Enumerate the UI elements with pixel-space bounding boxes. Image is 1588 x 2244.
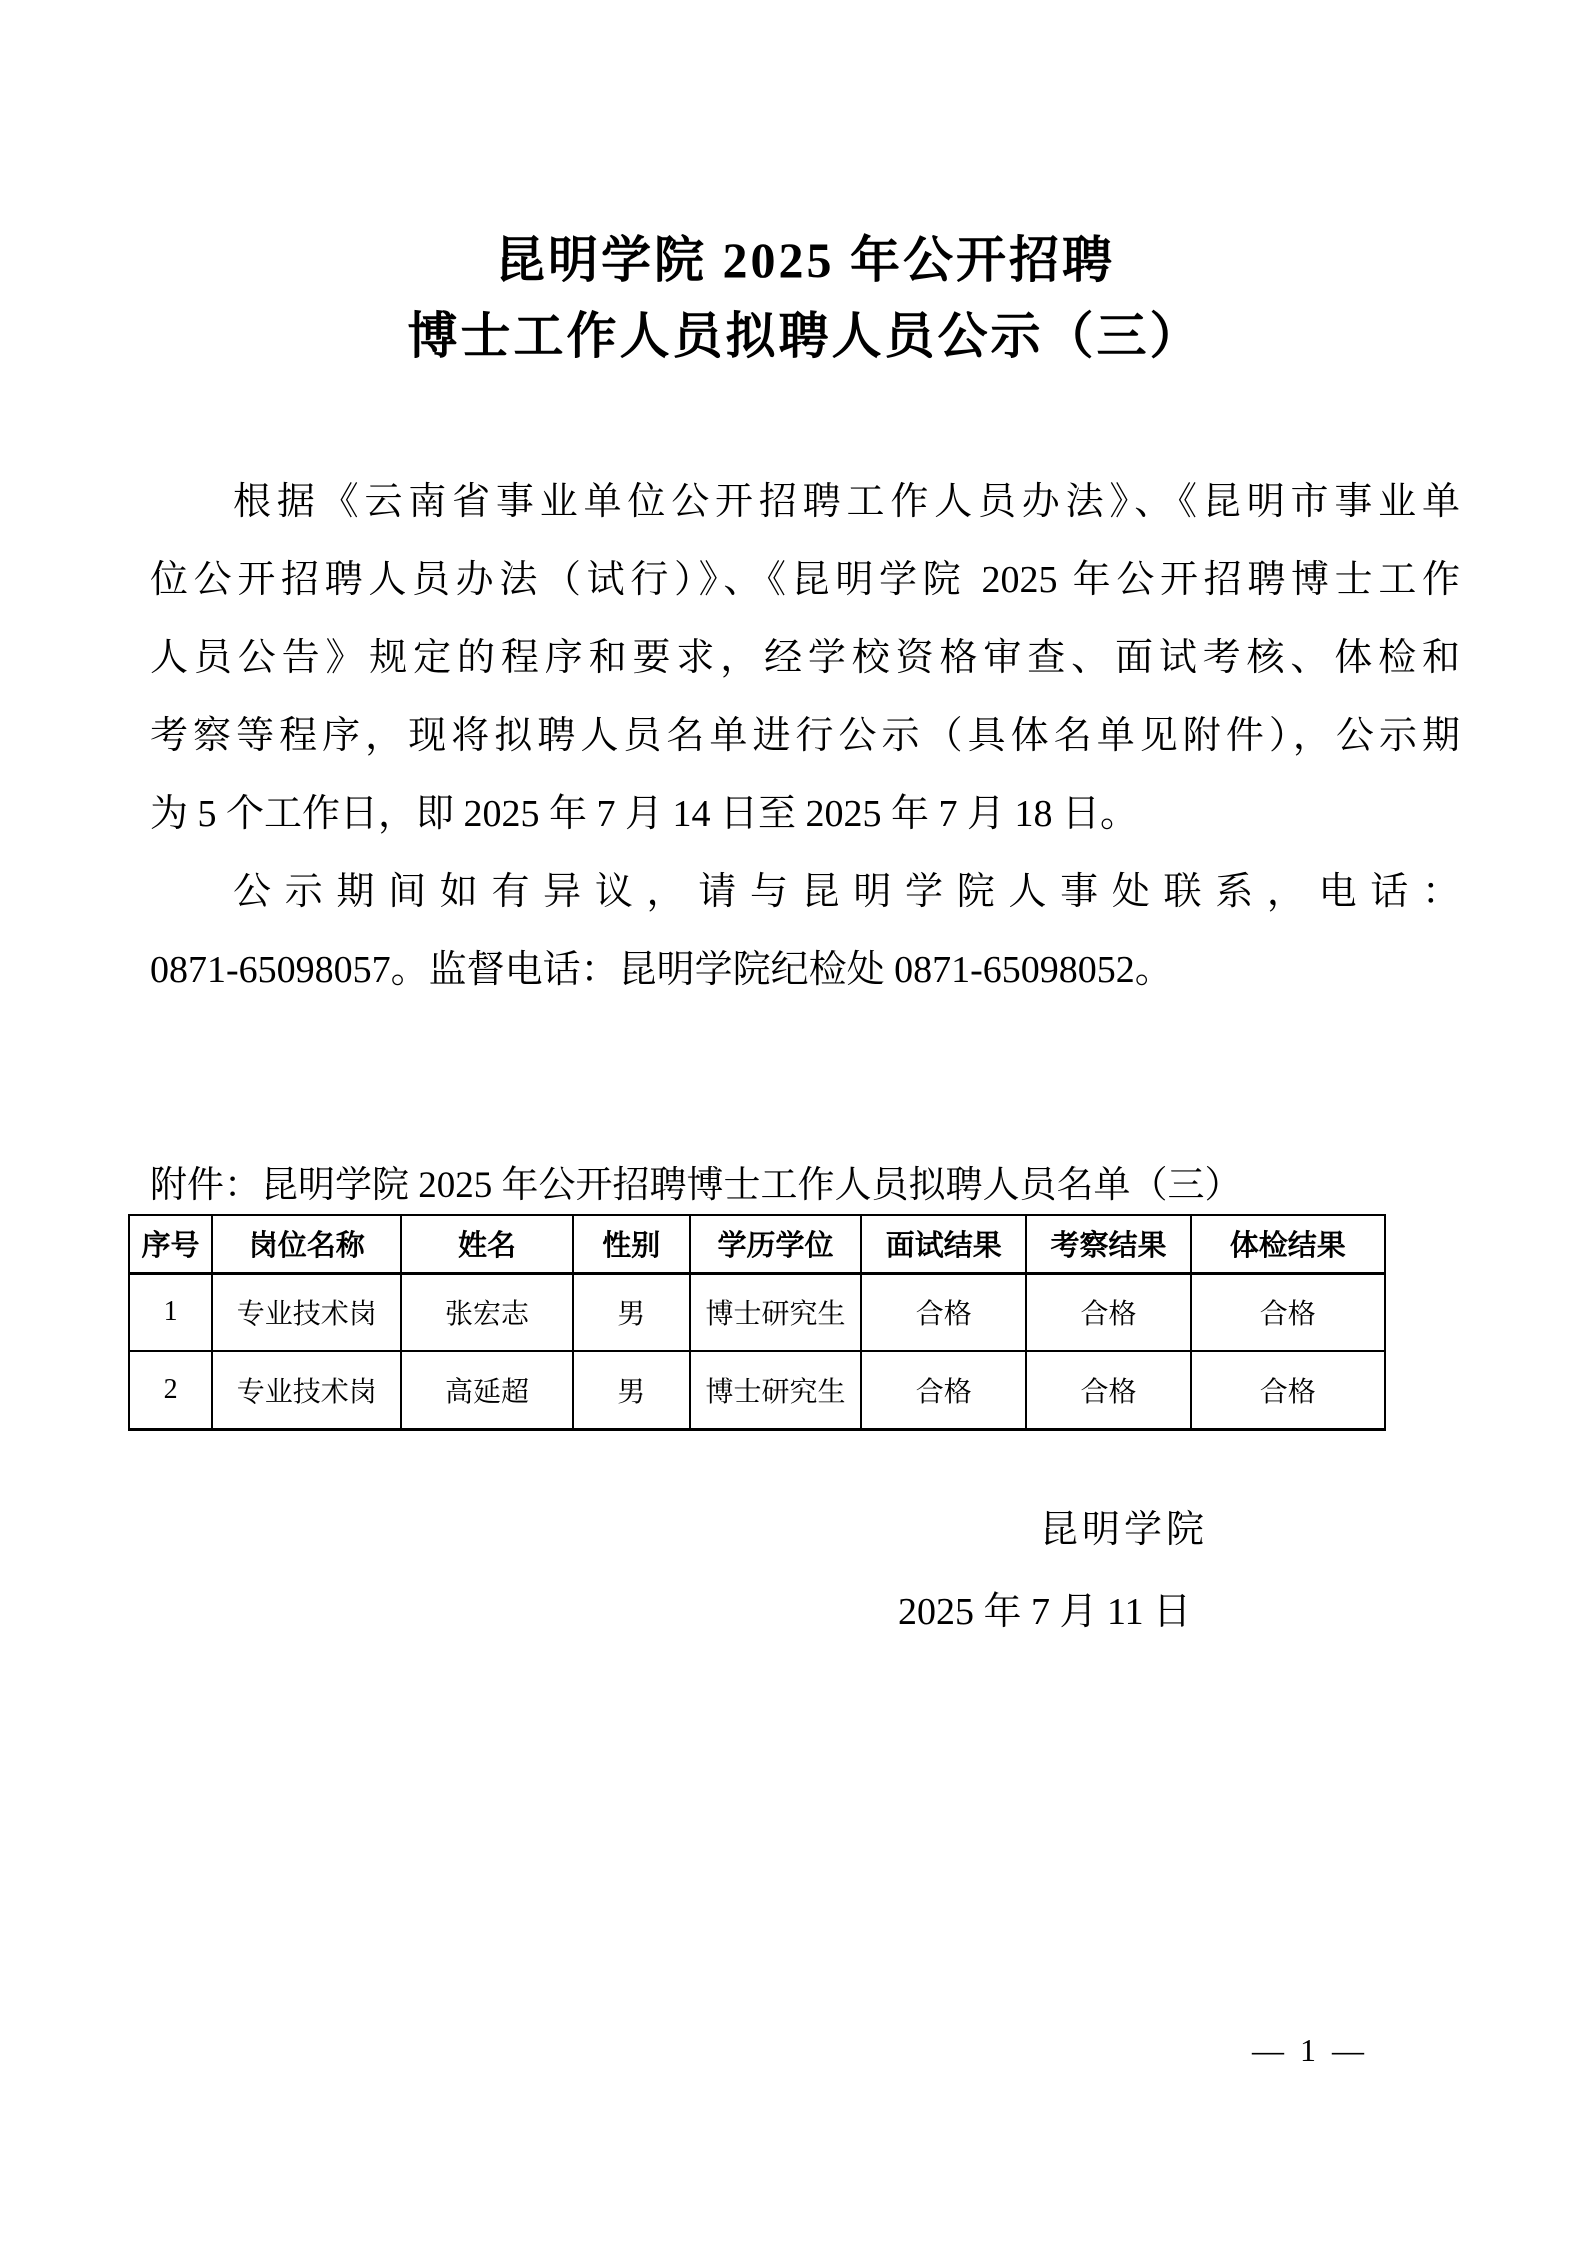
body-text: 根据《云南省事业单位公开招聘工作人员办法》、《昆明市事业单 位公开招聘人员办法（… (150, 463, 1460, 1009)
cell-gender: 男 (573, 1351, 690, 1429)
cell-serial-number: 1 (129, 1273, 212, 1351)
cell-degree: 博士研究生 (690, 1273, 861, 1351)
cell-name: 张宏志 (401, 1273, 572, 1351)
cell-gender: 男 (573, 1273, 690, 1351)
header-serial-number: 序号 (129, 1215, 212, 1273)
table-header-row: 序号 岗位名称 姓名 性别 学历学位 面试结果 考察结果 体检结果 (129, 1215, 1385, 1273)
cell-position-name: 专业技术岗 (212, 1351, 401, 1429)
issuer-signature: 昆明学院 (1040, 1498, 1208, 1553)
cell-physical-result: 合格 (1191, 1351, 1385, 1429)
cell-serial-number: 2 (129, 1351, 212, 1429)
page-number: — 1 — (1252, 2032, 1368, 2069)
table-row: 2 专业技术岗 高延超 男 博士研究生 合格 合格 合格 (129, 1351, 1385, 1429)
document-title: 昆明学院 2025 年公开招聘 博士工作人员拟聘人员公示（三） (150, 222, 1460, 374)
table-row: 1 专业技术岗 张宏志 男 博士研究生 合格 合格 合格 (129, 1273, 1385, 1351)
header-name: 姓名 (401, 1215, 572, 1273)
cell-inspection-result: 合格 (1026, 1351, 1190, 1429)
paragraph1-line-5: 为 5 个工作日，即 2025 年 7 月 14 日至 2025 年 7 月 1… (150, 775, 1460, 853)
cell-position-name: 专业技术岗 (212, 1273, 401, 1351)
cell-physical-result: 合格 (1191, 1273, 1385, 1351)
document-page: 昆明学院 2025 年公开招聘 博士工作人员拟聘人员公示（三） 根据《云南省事业… (0, 0, 1588, 2244)
cell-interview-result: 合格 (861, 1273, 1026, 1351)
title-line-2: 博士工作人员拟聘人员公示（三） (150, 298, 1460, 374)
paragraph2-line-2: 0871-65098057。监督电话：昆明学院纪检处 0871-65098052… (150, 931, 1460, 1009)
cell-name: 高延超 (401, 1351, 572, 1429)
attachment-caption: 附件：昆明学院 2025 年公开招聘博士工作人员拟聘人员名单（三） (150, 1160, 1510, 1212)
header-position-name: 岗位名称 (212, 1215, 401, 1273)
candidate-table: 序号 岗位名称 姓名 性别 学历学位 面试结果 考察结果 体检结果 1 专业技术… (128, 1214, 1386, 1431)
paragraph1-line-1: 根据《云南省事业单位公开招聘工作人员办法》、《昆明市事业单 (150, 463, 1460, 541)
header-degree: 学历学位 (690, 1215, 861, 1273)
header-physical-result: 体检结果 (1191, 1215, 1385, 1273)
title-line-1: 昆明学院 2025 年公开招聘 (150, 222, 1460, 298)
paragraph1-line-4: 考察等程序，现将拟聘人员名单进行公示（具体名单见附件），公示期 (150, 697, 1460, 775)
paragraph2-line-1: 公示期间如有异议，请与昆明学院人事处联系，电话： (150, 853, 1460, 931)
cell-degree: 博士研究生 (690, 1351, 861, 1429)
issue-date: 2025 年 7 月 11 日 (898, 1580, 1191, 1635)
cell-interview-result: 合格 (861, 1351, 1026, 1429)
cell-inspection-result: 合格 (1026, 1273, 1190, 1351)
header-gender: 性别 (573, 1215, 690, 1273)
paragraph1-line-2: 位公开招聘人员办法（试行）》、《昆明学院 2025 年公开招聘博士工作 (150, 541, 1460, 619)
paragraph1-line-3: 人员公告》规定的程序和要求，经学校资格审查、面试考核、体检和 (150, 619, 1460, 697)
header-interview-result: 面试结果 (861, 1215, 1026, 1273)
header-inspection-result: 考察结果 (1026, 1215, 1190, 1273)
